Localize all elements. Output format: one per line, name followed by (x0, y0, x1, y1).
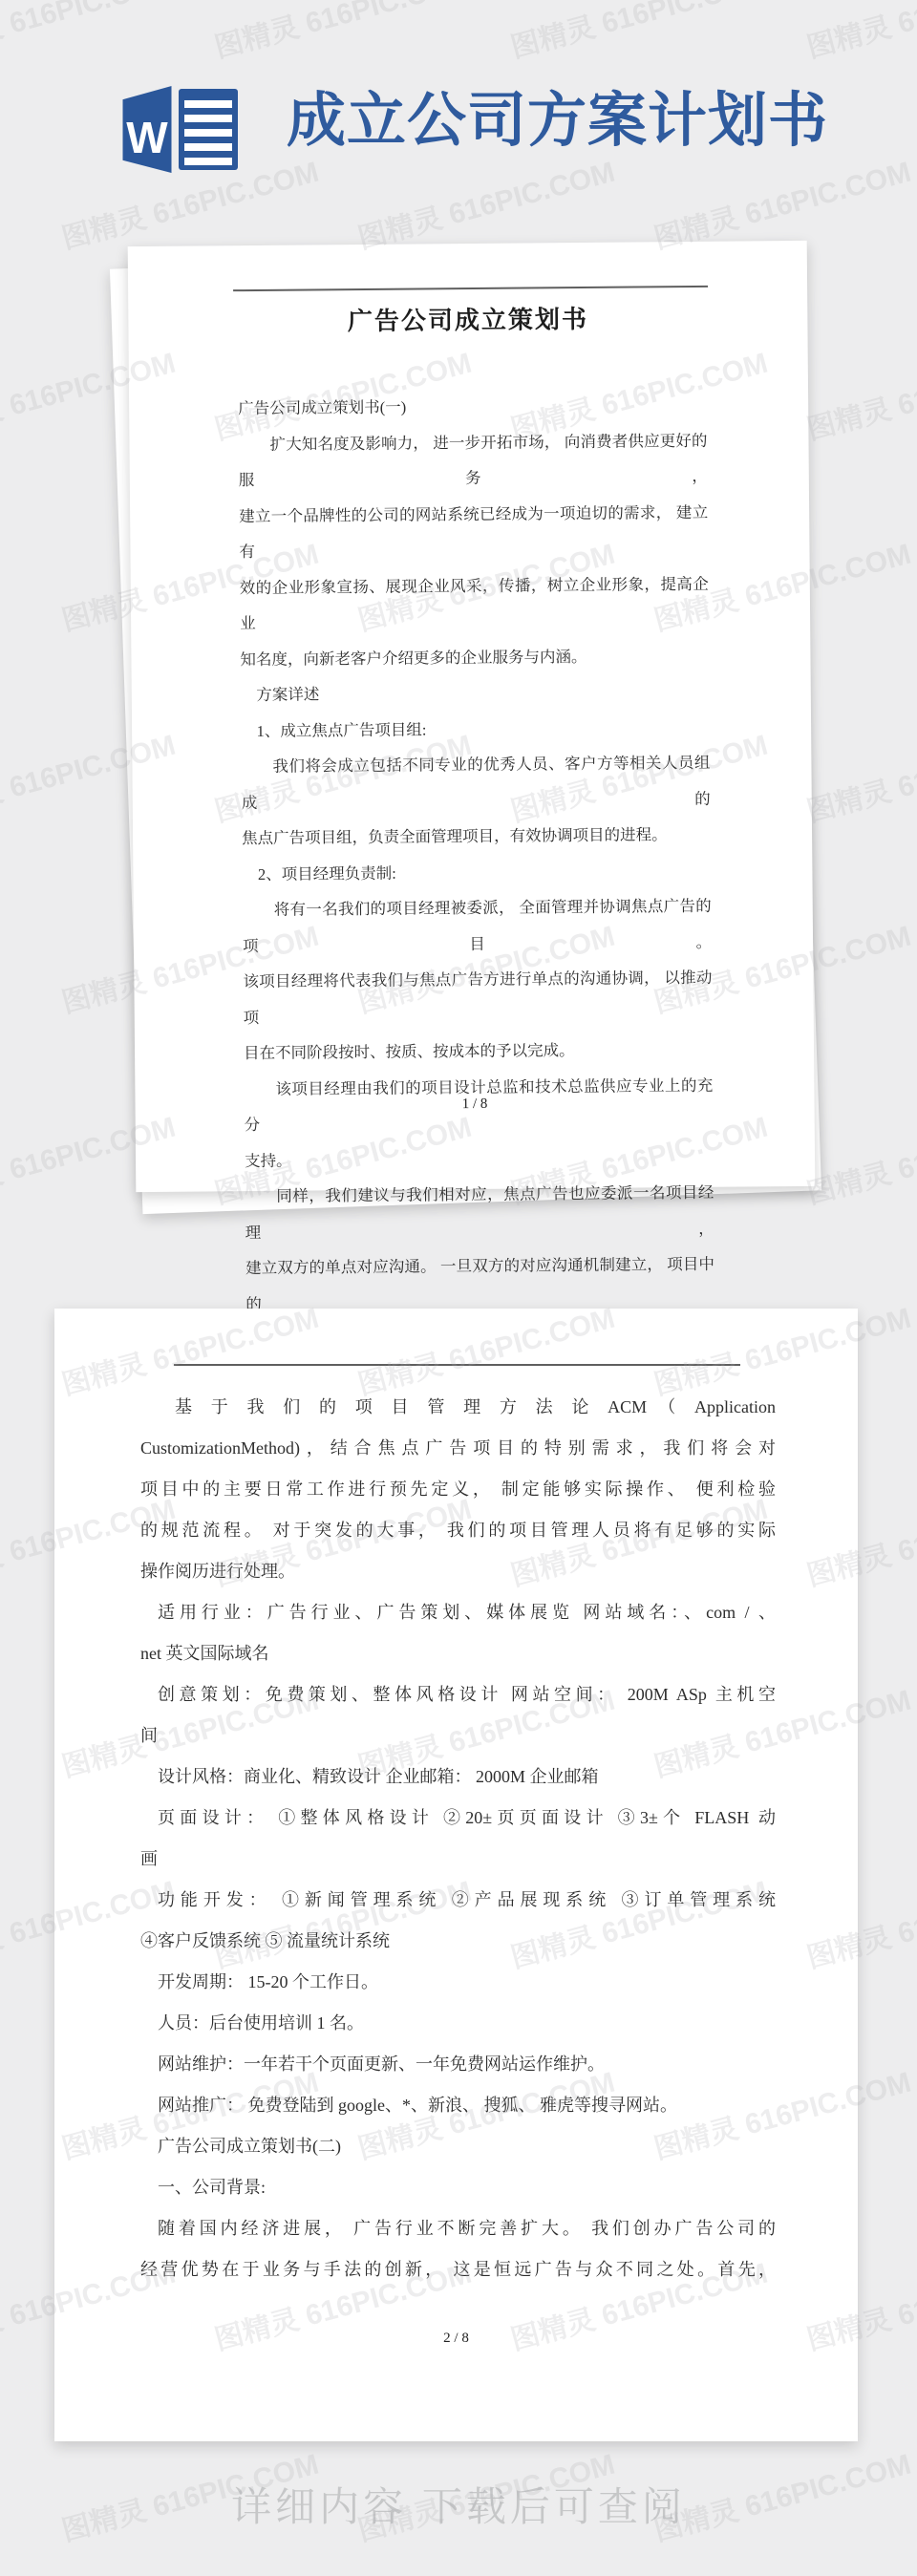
doc-line: 项目中的主要日常工作进行预先定义， 制定能够实际操作、 便利检验 (140, 1469, 776, 1510)
doc-line: 广告公司成立策划书(一) (238, 387, 707, 427)
doc-line: 功能开发： ①新闻管理系统 ②产品展现系统 ③订单管理系统 (140, 1880, 776, 1921)
doc-line: 操作阅历进行处理。 (140, 1551, 776, 1592)
doc-line: 知名度，向新老客户介绍更多的企业服务与内涵。 (240, 637, 709, 677)
doc-line: 网站维护：一年若干个页面更新、一年免费网站运作维护。 (140, 2044, 776, 2085)
doc-line: 随着国内经济进展， 广告行业不断完善扩大。 我们创办广告公司的 (140, 2208, 776, 2249)
doc-title: 广告公司成立策划书 (128, 298, 807, 339)
doc-line: 建立一个品牌性的公司的网站系统已经成为一项迫切的需求， 建立有 (239, 494, 709, 569)
doc-line: 方案详述 (241, 673, 710, 713)
preview-footer-note: 详细内容 下载后可查阅 (0, 2476, 917, 2533)
banner: W 成立公司方案计划书 (0, 0, 917, 220)
doc-line: 画 (140, 1839, 776, 1880)
doc-line: 间 (140, 1715, 776, 1756)
doc-line: 支持。 (245, 1139, 714, 1179)
doc-line: 扩大知名度及影响力， 进一步开拓市场， 向消费者供应更好的服务， (238, 422, 708, 498)
doc-line: 页面设计： ①整体风格设计 ②20±页页面设计 ③3±个 FLASH 动 (140, 1798, 776, 1839)
doc-line: 我们将会成立包括不同专业的优秀人员、客户方等相关人员组成的 (241, 745, 711, 820)
doc-line: 适用行业：广告行业、广告策划、媒体展览 网站域名：、com / 、 (140, 1592, 776, 1633)
doc-line: 目在不同阶段按时、按质、按成本的予以完成。 (244, 1032, 713, 1072)
watermark-text: 图精灵 616PIC.COM (801, 721, 917, 830)
doc-line: 效的企业形象宣扬、展现企业风采，传播，树立企业形象，提高企业 (240, 565, 710, 641)
doc-line: 的规范流程。 对于突发的大事， 我们的项目管理人员将有足够的实际 (140, 1510, 776, 1551)
svg-text:W: W (126, 113, 168, 162)
doc-line: 同样，我们建议与我们相对应，焦点广告也应委派一名项目经理， (245, 1175, 714, 1250)
doc-line: ④客户反馈系统 ⑤ 流量统计系统 (140, 1921, 776, 1962)
header-rule (174, 1364, 740, 1366)
doc-line: 2、项目经理负责制: (242, 852, 711, 892)
doc-line: 将有一名我们的项目经理被委派， 全面管理并协调焦点广告的项目。 (243, 888, 713, 964)
document-page-2: 基 于 我 们 的 项 目 管 理 方 法 论 ACM （ Applicatio… (54, 1309, 858, 2441)
doc-line: 网站推广： 免费登陆到 google、*、新浪、 搜狐、 雅虎等搜寻网站。 (140, 2085, 776, 2126)
doc-line: 人员：后台使用培训 1 名。 (140, 2003, 776, 2044)
doc-line: 1、成立焦点广告项目组: (241, 709, 710, 749)
document-page-1: 广告公司成立策划书 广告公司成立策划书(一)扩大知名度及影响力， 进一步开拓市场… (128, 241, 816, 1192)
doc-line: 广告公司成立策划书(二) (140, 2126, 776, 2167)
doc-line: 经营优势在于业务与手法的创新， 这是恒远广告与众不同之处。首先， (140, 2249, 776, 2290)
doc-line: 一、公司背景: (140, 2167, 776, 2208)
doc-body-page-1: 广告公司成立策划书(一)扩大知名度及影响力， 进一步开拓市场， 向消费者供应更好… (238, 387, 716, 1465)
doc-line: 创意策划：免费策划、整体风格设计 网站空间： 200M ASp 主机空 (140, 1674, 776, 1715)
page-number: 2 / 8 (54, 2331, 858, 2347)
doc-line: 焦点广告项目组，负责全面管理项目，有效协调项目的进程。 (242, 817, 711, 857)
page-title: 成立公司方案计划书 (287, 73, 860, 178)
doc-line: 设计风格：商业化、精致设计 企业邮箱： 2000M 企业邮箱 (140, 1756, 776, 1798)
doc-line: 基 于 我 们 的 项 目 管 理 方 法 论 ACM （ Applicatio… (140, 1387, 776, 1428)
doc-line: net 英文国际域名 (140, 1633, 776, 1674)
header-rule (233, 286, 708, 291)
doc-line: 开发周期： 15-20 个工作日。 (140, 1962, 776, 2003)
doc-line: 该项目经理将代表我们与焦点广告方进行单点的沟通协调， 以推动项 (243, 960, 713, 1035)
watermark-text: 图精灵 616PIC.COM (801, 339, 917, 448)
word-icon: W (117, 82, 244, 177)
doc-body-page-2: 基 于 我 们 的 项 目 管 理 方 法 论 ACM （ Applicatio… (140, 1387, 776, 2290)
doc-line: CustomizationMethod)，结合焦点广告项目的特别需求，我们将会对 (140, 1428, 776, 1469)
